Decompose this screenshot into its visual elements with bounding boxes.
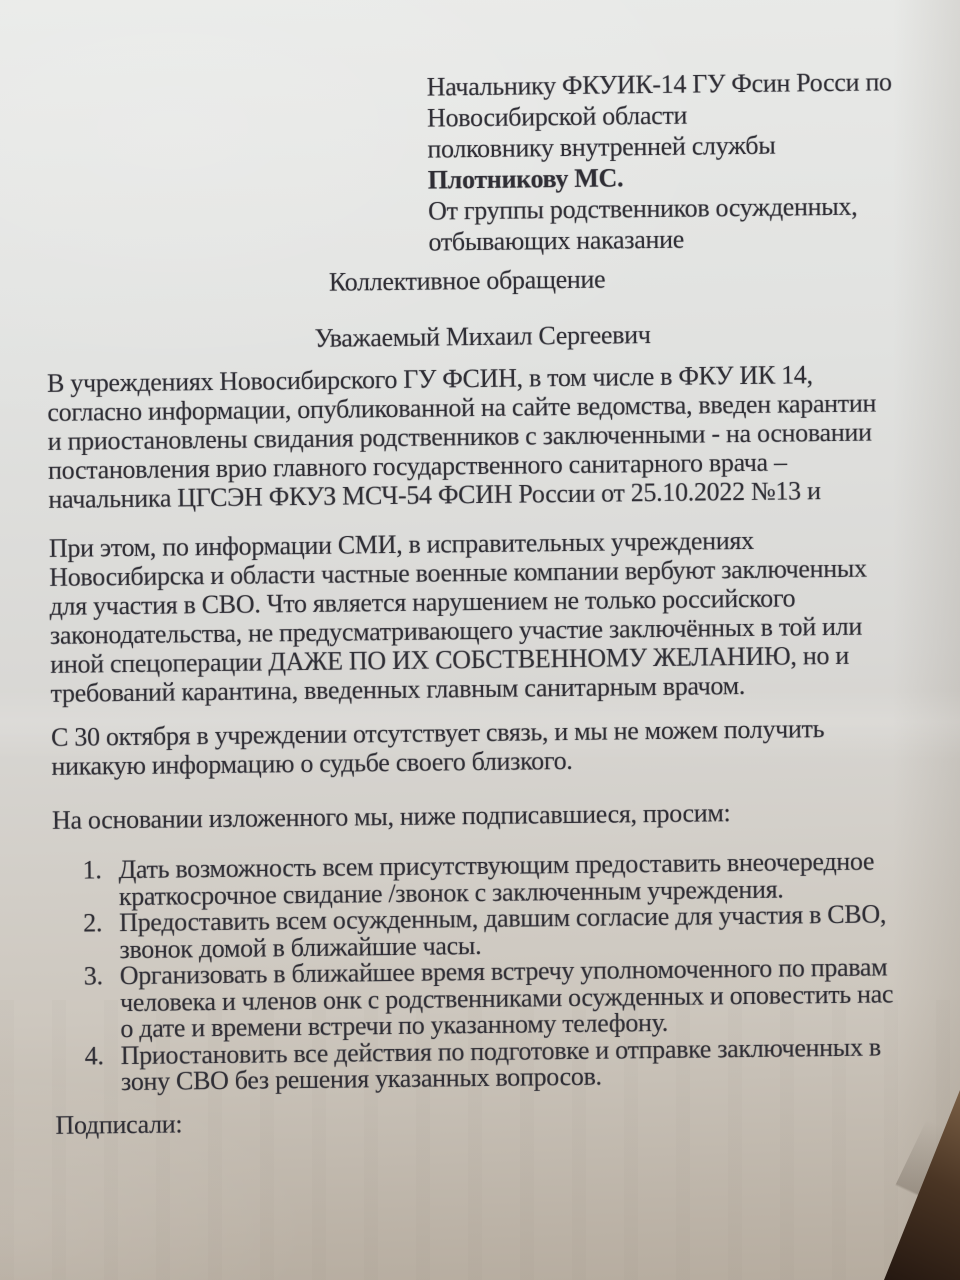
letter-title: Коллективное обращение [329, 260, 946, 298]
list-item-number: 2. [83, 910, 120, 963]
list-item: 4. Приостановить все действия по подгото… [85, 1033, 956, 1096]
paragraph-no-contact: С 30 октября в учреждении отсутствует св… [51, 713, 897, 781]
request-list: 1. Дать возможность всем присутствующим … [82, 848, 955, 1096]
paragraph-request-intro: На основании изложенного мы, ниже подпис… [52, 796, 897, 835]
list-item-text: Приостановить все действия по подготовке… [121, 1034, 910, 1096]
list-item: 3. Организовать в ближайшее время встреч… [84, 954, 955, 1043]
paragraph-recruitment: При этом, по информации СМИ, в исправите… [49, 524, 896, 708]
list-item-number: 1. [82, 857, 119, 910]
list-item-number: 4. [85, 1043, 122, 1096]
list-item-text: Организовать в ближайшее время встречу у… [120, 954, 909, 1042]
salutation: Уважаемый Михаил Сергеевич [314, 316, 946, 354]
addressee-line: Начальнику ФКУИК-14 ГУ Фсин Росси по [427, 66, 944, 103]
sender-line: отбывающих наказание [428, 221, 945, 258]
letter-content: Начальнику ФКУИК-14 ГУ Фсин Росси по Нов… [0, 0, 956, 1141]
list-item-number: 3. [84, 963, 121, 1043]
addressee-block: Начальнику ФКУИК-14 ГУ Фсин Росси по Нов… [427, 66, 946, 258]
paragraph-quarantine: В учреждениях Новосибирского ГУ ФСИН, в … [47, 359, 894, 514]
document-photo: Начальнику ФКУИК-14 ГУ Фсин Росси по Нов… [0, 0, 960, 1280]
